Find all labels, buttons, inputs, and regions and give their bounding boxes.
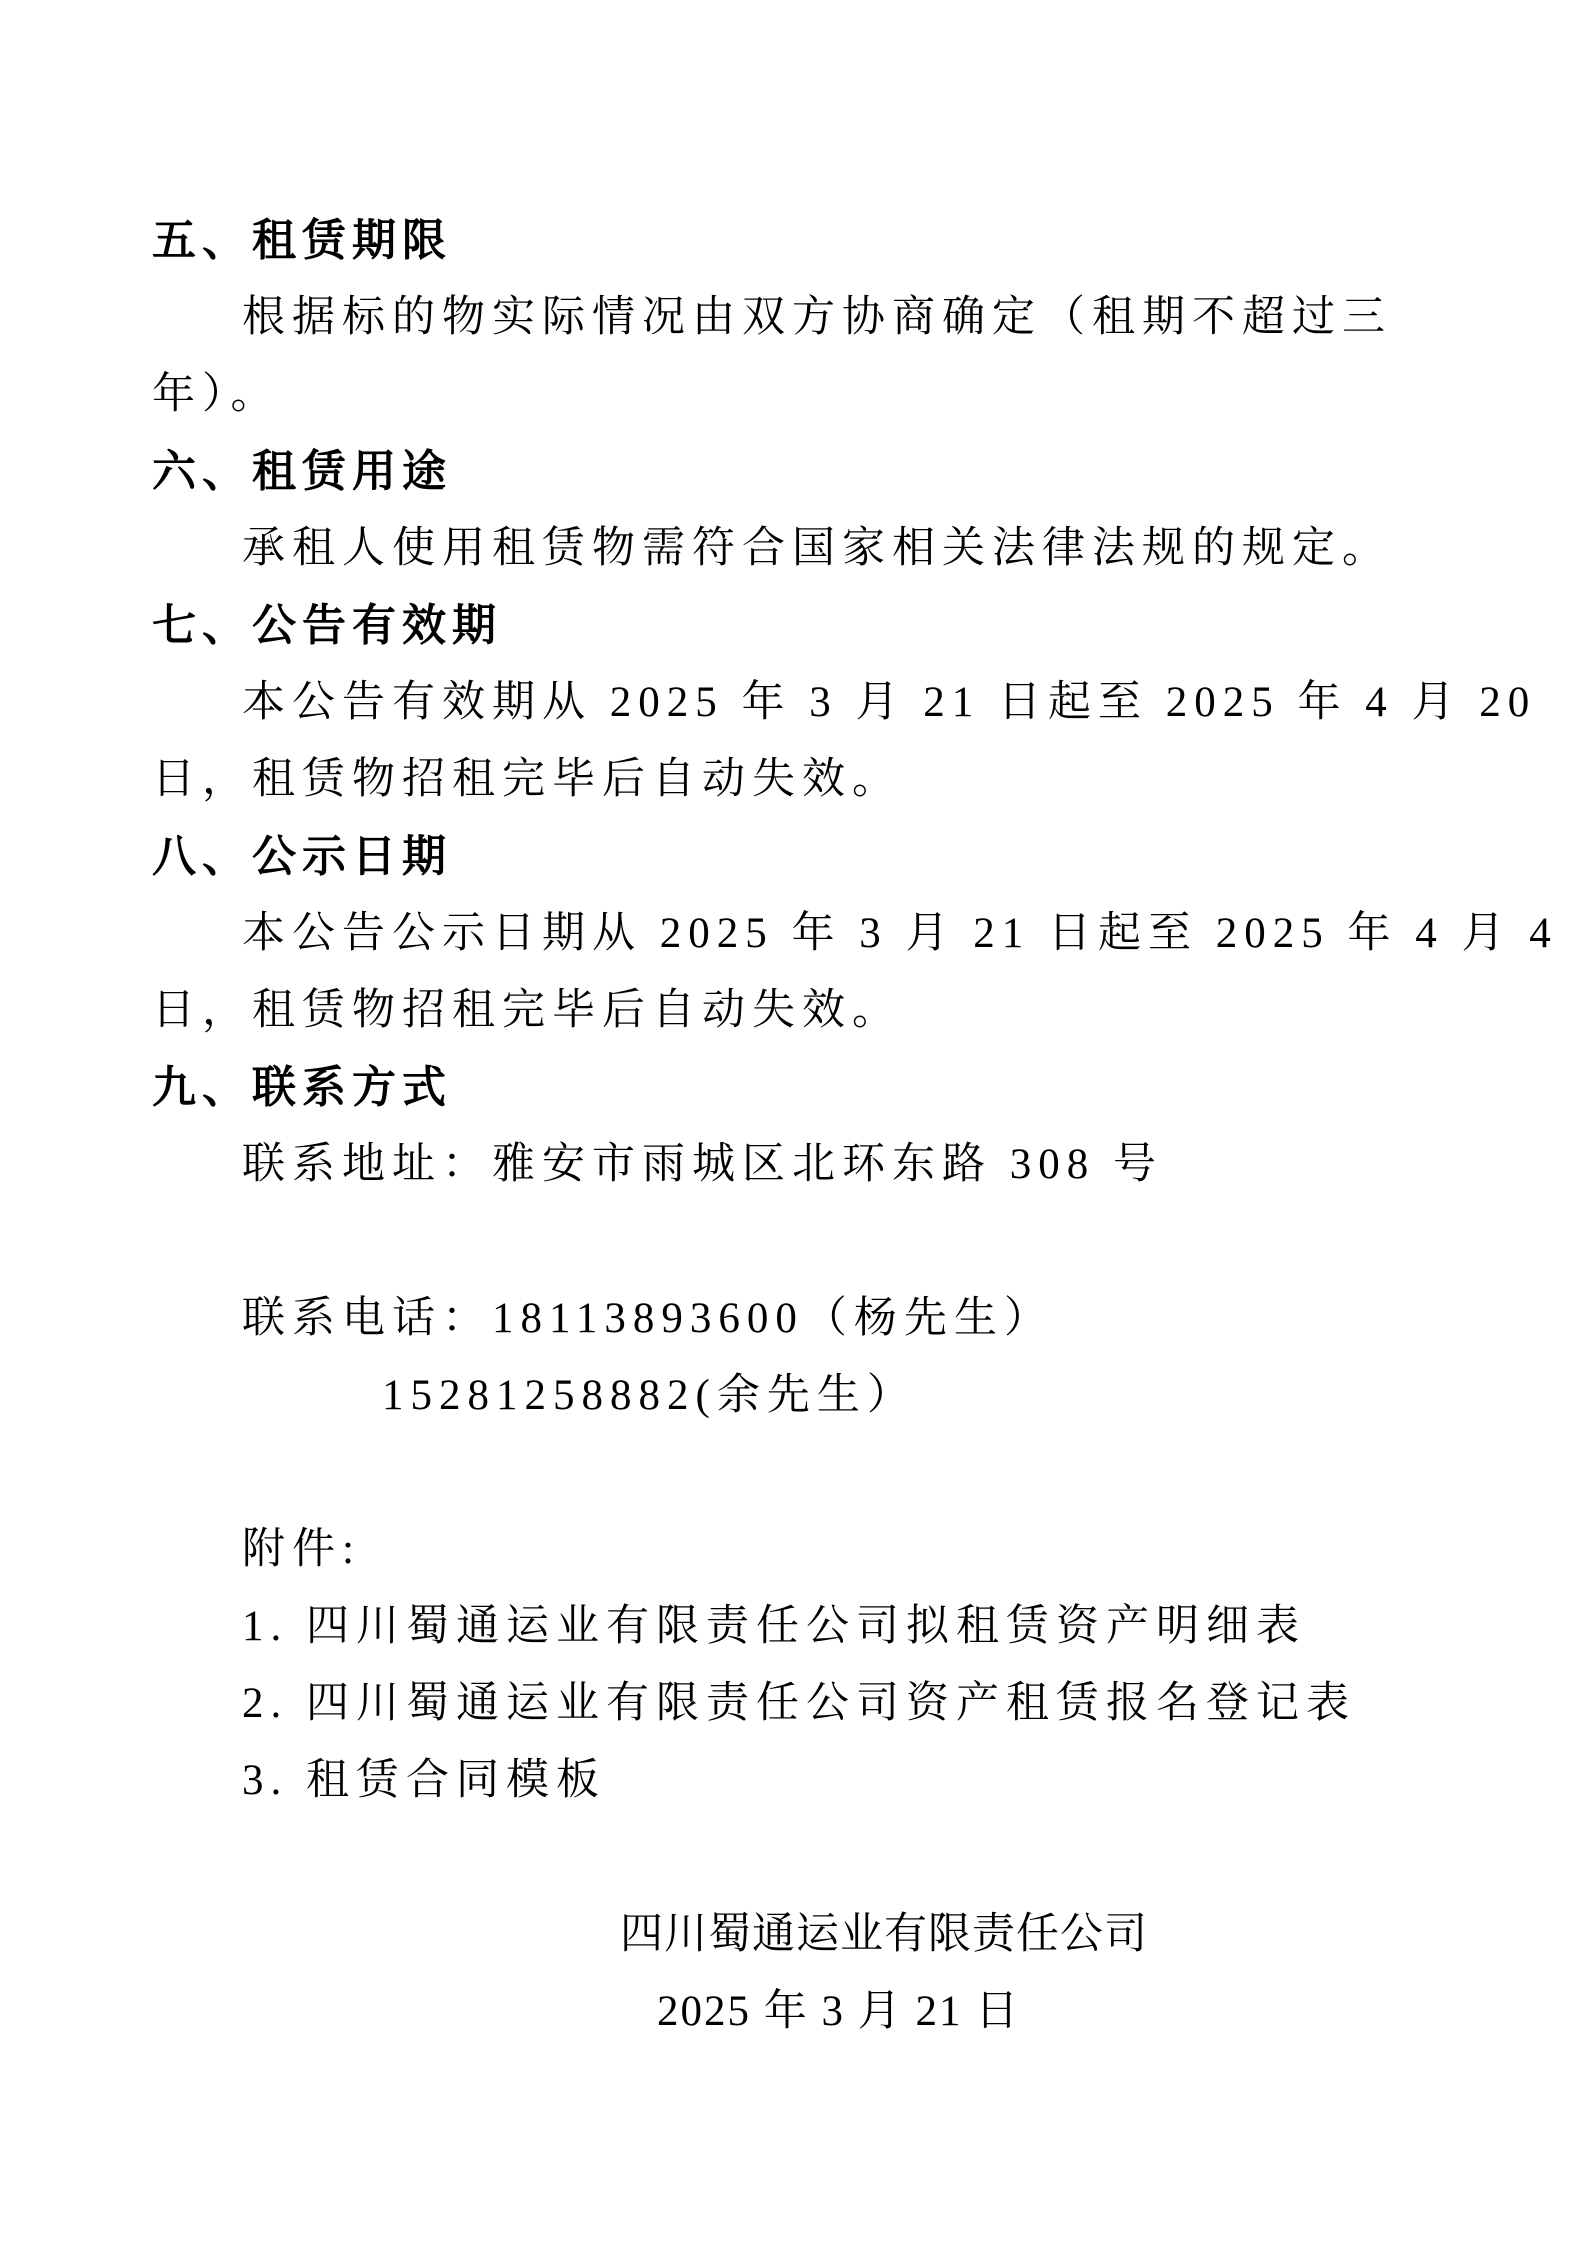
section-7-heading: 七、公告有效期 xyxy=(152,587,1447,664)
spacer-line xyxy=(152,1203,1447,1280)
document-body: 五、租赁期限 根据标的物实际情况由双方协商确定（租期不超过三 年）。 六、租赁用… xyxy=(152,202,1447,2050)
contact-address-line: 联系地址：雅安市雨城区北环东路 308 号 xyxy=(152,1126,1447,1203)
signature-date: 2025 年 3 月 21 日 xyxy=(152,1973,1447,2050)
section-5-body-line-2: 年）。 xyxy=(152,356,1447,433)
section-8-body-line-1: 本公告公示日期从 2025 年 3 月 21 日起至 2025 年 4 月 4 xyxy=(152,895,1447,972)
section-5-body-line-1: 根据标的物实际情况由双方协商确定（租期不超过三 xyxy=(152,279,1447,356)
signature-company-name: 四川蜀通运业有限责任公司 xyxy=(152,1896,1447,1973)
section-6-heading: 六、租赁用途 xyxy=(152,433,1447,510)
attachments-label: 附件: xyxy=(152,1511,1447,1588)
spacer-line xyxy=(152,1819,1447,1896)
section-8-body-line-2: 日，租赁物招租完毕后自动失效。 xyxy=(152,972,1447,1049)
attachment-item-2: 2. 四川蜀通运业有限责任公司资产租赁报名登记表 xyxy=(152,1665,1447,1742)
section-9-heading: 九、联系方式 xyxy=(152,1049,1447,1126)
attachment-item-1: 1. 四川蜀通运业有限责任公司拟租赁资产明细表 xyxy=(152,1588,1447,1665)
spacer-line xyxy=(152,1434,1447,1511)
document-page: 五、租赁期限 根据标的物实际情况由双方协商确定（租期不超过三 年）。 六、租赁用… xyxy=(0,0,1587,2245)
section-7-body-line-1: 本公告有效期从 2025 年 3 月 21 日起至 2025 年 4 月 20 xyxy=(152,664,1447,741)
section-5-heading: 五、租赁期限 xyxy=(152,202,1447,279)
section-7-body-line-2: 日，租赁物招租完毕后自动失效。 xyxy=(152,741,1447,818)
section-8-heading: 八、公示日期 xyxy=(152,818,1447,895)
contact-phone-line-2: 15281258882(余先生） xyxy=(152,1357,1447,1434)
section-6-body-line-1: 承租人使用租赁物需符合国家相关法律法规的规定。 xyxy=(152,510,1447,587)
attachment-item-3: 3. 租赁合同模板 xyxy=(152,1742,1447,1819)
contact-phone-line-1: 联系电话：18113893600（杨先生） xyxy=(152,1280,1447,1357)
